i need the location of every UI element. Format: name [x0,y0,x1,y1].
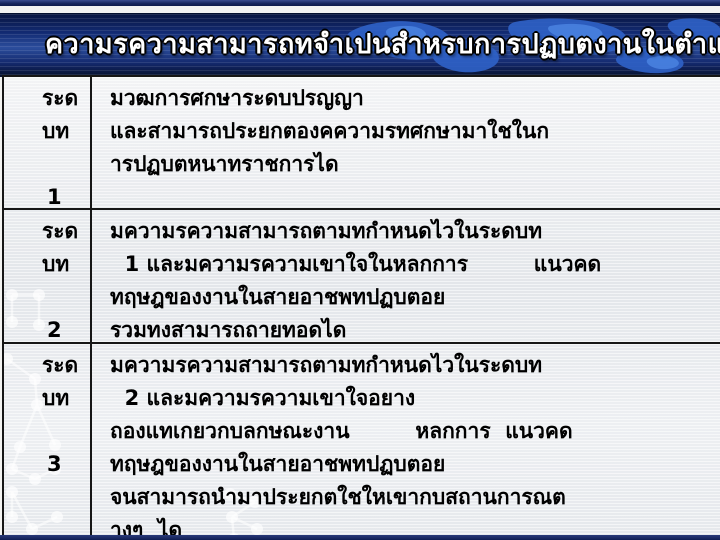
level-label-line: ระด [42,215,90,248]
level-label-line: บท [42,248,90,281]
level-label-line: ระด [42,349,90,382]
competency-table: ระด บท 1 มวฒการศกษาระดบปรญญา และสามารถปร… [2,75,720,540]
description-cell: มวฒการศกษาระดบปรญญา และสามารถประยกตองคคว… [92,77,720,208]
description-line: รวมทงสามารถถายทอดได [110,314,720,342]
description-line: มความรความสามารถตามทกำหนดไวในระดบท [110,349,720,382]
description-line: ารปฏบตหนาทราชการได [110,148,720,181]
level-spacer [42,148,90,181]
presentation-slide: ความรความสามารถทจำเปนสำหรบการปฏบตงานในตำ… [0,0,720,540]
level-spacer [42,415,90,448]
description-cell: มความรความสามารถตามทกำหนดไวในระดบท 2 และ… [92,344,720,540]
level-cell: ระด บท 1 [4,77,92,208]
table-row-level-2: ระด บท 2 มความรความสามารถตามทกำหนดไวในระ… [4,210,720,344]
level-number: 2 [42,314,90,342]
slide-title: ความรความสามารถทจำเปนสำหรบการปฏบตงานในตำ… [45,27,720,63]
level-label-line: บท [42,115,90,148]
level-label-line: บท [42,382,90,415]
description-line: ทฤษฎของงานในสายอาชพทปฏบตอย [110,281,720,314]
description-cell: มความรความสามารถตามทกำหนดไวในระดบท 1 และ… [92,210,720,342]
description-line: มวฒการศกษาระดบปรญญา [110,82,720,115]
level-label-line: ระด [42,82,90,115]
level-cell: ระด บท 3 [4,344,92,540]
description-line: มความรความสามารถตามทกำหนดไวในระดบท [110,215,720,248]
description-line: 1 และมความรความเขาใจในหลกการ แนวคด [110,248,720,281]
bottom-decorative-strip [0,535,720,540]
description-line: 2 และมความรความเขาใจอยาง [110,382,720,415]
description-line: ทฤษฎของงานในสายอาชพทปฏบตอย [110,448,720,481]
level-number: 1 [42,181,90,208]
title-banner: ความรความสามารถทจำเปนสำหรบการปฏบตงานในตำ… [0,13,720,77]
description-line: จนสามารถนำมาประยกตใชใหเขากบสถานการณต [110,481,720,514]
description-line: และสามารถประยกตองคความรทศกษามาใชในก [110,115,720,148]
top-decorative-strip [0,0,720,6]
level-cell: ระด บท 2 [4,210,92,342]
table-row-level-1: ระด บท 1 มวฒการศกษาระดบปรญญา และสามารถปร… [4,77,720,210]
table-row-level-3: ระด บท 3 มความรความสามารถตามทกำหนดไวในระ… [4,344,720,540]
level-spacer [42,281,90,314]
level-number: 3 [42,448,90,481]
description-line: ถองแทเกยวกบลกษณะงาน หลกการ แนวคด [110,415,720,448]
